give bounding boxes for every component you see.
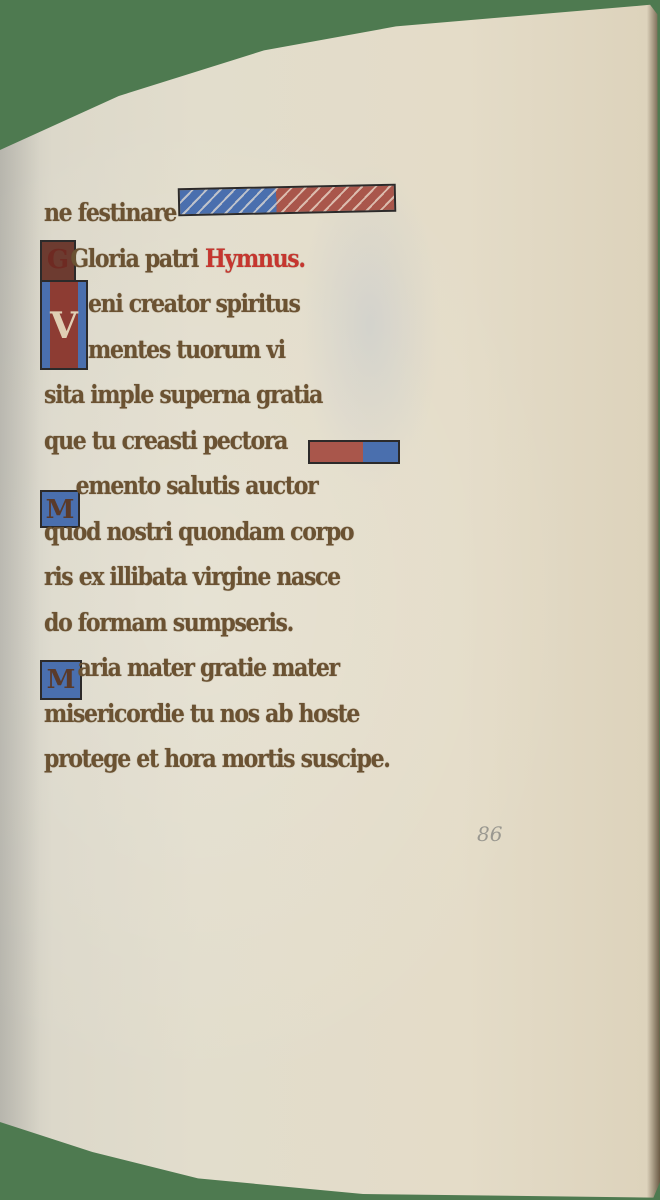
line-text: ris ex illibata virgine nasce [44,562,340,591]
decorated-initial-v: V [40,280,88,370]
text-line: do formam sumpseris. [44,600,370,646]
manuscript-text: ne festinare Gloria patriHymnus. eni cre… [44,190,414,782]
decorated-initial-m-maria: M [40,660,82,700]
text-line: Gloria patriHymnus. [44,236,370,282]
water-stain [300,160,440,490]
decorated-initial-m: M [40,490,80,528]
text-line: misericordie tu nos ab hoste [44,691,370,737]
text-line: protege et hora mortis suscipe. [44,736,370,782]
line-text: que tu creasti pectora [44,426,287,455]
text-line: que tu creasti pectora [44,418,370,464]
line-text: mentes tuorum vi [88,335,285,364]
line-text: eni creator spiritus [88,289,300,318]
text-line: ne festinare [44,190,370,236]
illuminated-line-filler [308,440,400,464]
folio-number: 86 [477,822,502,846]
text-line: sita imple superna gratia [44,372,370,418]
illuminated-line-filler [178,184,397,217]
text-line: mentes tuorum vi [44,327,370,373]
line-text: Gloria patri [70,244,198,273]
line-text: misericordie tu nos ab hoste [44,699,359,728]
line-text: sita imple superna gratia [44,380,322,409]
line-text: quod nostri quondam corpo [44,517,353,546]
line-text: protege et hora mortis suscipe. [44,744,390,773]
rubric-heading: Hymnus. [205,244,305,273]
text-line: emento salutis auctor [44,463,370,509]
decorated-initial-g: G [40,240,76,284]
line-text: emento salutis auctor [76,471,318,500]
text-line: eni creator spiritus [44,281,370,327]
text-line: quod nostri quondam corpo [44,509,370,555]
text-line: ris ex illibata virgine nasce [44,554,370,600]
line-text: aria mater gratie mater [77,653,338,682]
line-text: do formam sumpseris. [44,608,293,637]
manuscript-page: G V M M ne festinare Gloria patriHymnus.… [0,0,660,1200]
line-text: ne festinare [44,198,176,227]
text-line: aria mater gratie mater [44,645,370,691]
